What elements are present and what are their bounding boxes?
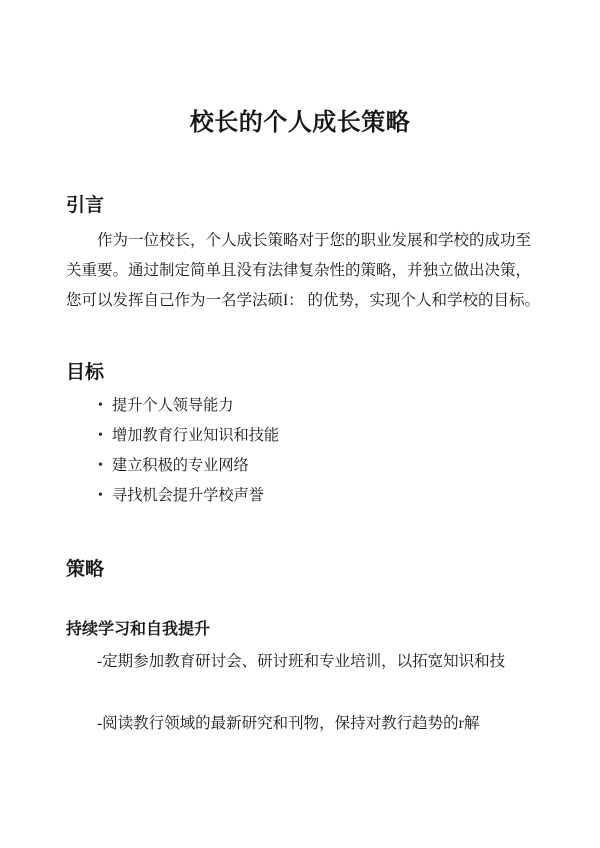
bullet-text: 建立积极的专业网络 <box>112 451 249 481</box>
bullet-item: • 寻找机会提升学校声誉 <box>66 481 534 511</box>
section-goals: 目标 • 提升个人领导能力 • 增加教育行业知识和技能 • 建立积极的专业网络 … <box>66 360 534 511</box>
strategies-heading: 策略 <box>66 557 534 583</box>
bullet-icon: • <box>98 391 112 421</box>
bullet-text: 增加教育行业知识和技能 <box>112 421 279 451</box>
strategy-paragraph: -定期参加教育研讨会、研讨班和专业培训，以拓宽知识和技 <box>66 647 534 677</box>
intro-line: 关重要。通过制定简单且没有法律复杂性的策略，并独立做出决策， <box>66 256 534 286</box>
intro-line: 作为一位校长，个人成长策略对于您的职业发展和学校的成功至 <box>66 226 534 256</box>
intro-paragraph: 作为一位校长，个人成长策略对于您的职业发展和学校的成功至 关重要。通过制定简单且… <box>66 226 534 316</box>
intro-line: 您可以发挥自己作为一名学法硕I： 的优势，实现个人和学校的目标。 <box>66 286 534 316</box>
bullet-icon: • <box>98 481 112 511</box>
bullet-item: • 提升个人领导能力 <box>66 391 534 421</box>
document-title: 校长的个人成长策略 <box>66 106 534 140</box>
strategy-paragraph: -阅读教行领域的最新研究和刊物，保持对教行趋势的r解 <box>66 709 534 739</box>
goals-bullet-list: • 提升个人领导能力 • 增加教育行业知识和技能 • 建立积极的专业网络 • 寻… <box>66 391 534 511</box>
bullet-item: • 建立积极的专业网络 <box>66 451 534 481</box>
goals-heading: 目标 <box>66 360 534 386</box>
intro-heading: 引言 <box>66 193 534 219</box>
bullet-icon: • <box>98 421 112 451</box>
document-page: 校长的个人成长策略 引言 作为一位校长，个人成长策略对于您的职业发展和学校的成功… <box>0 0 600 848</box>
section-intro: 引言 作为一位校长，个人成长策略对于您的职业发展和学校的成功至 关重要。通过制定… <box>66 193 534 316</box>
bullet-text: 寻找机会提升学校声誉 <box>112 481 264 511</box>
bullet-item: • 增加教育行业知识和技能 <box>66 421 534 451</box>
strategies-subheading: 持续学习和自我提升 <box>66 618 534 642</box>
bullet-icon: • <box>98 451 112 481</box>
section-strategies: 策略 持续学习和自我提升 -定期参加教育研讨会、研讨班和专业培训，以拓宽知识和技… <box>66 557 534 739</box>
bullet-text: 提升个人领导能力 <box>112 391 234 421</box>
